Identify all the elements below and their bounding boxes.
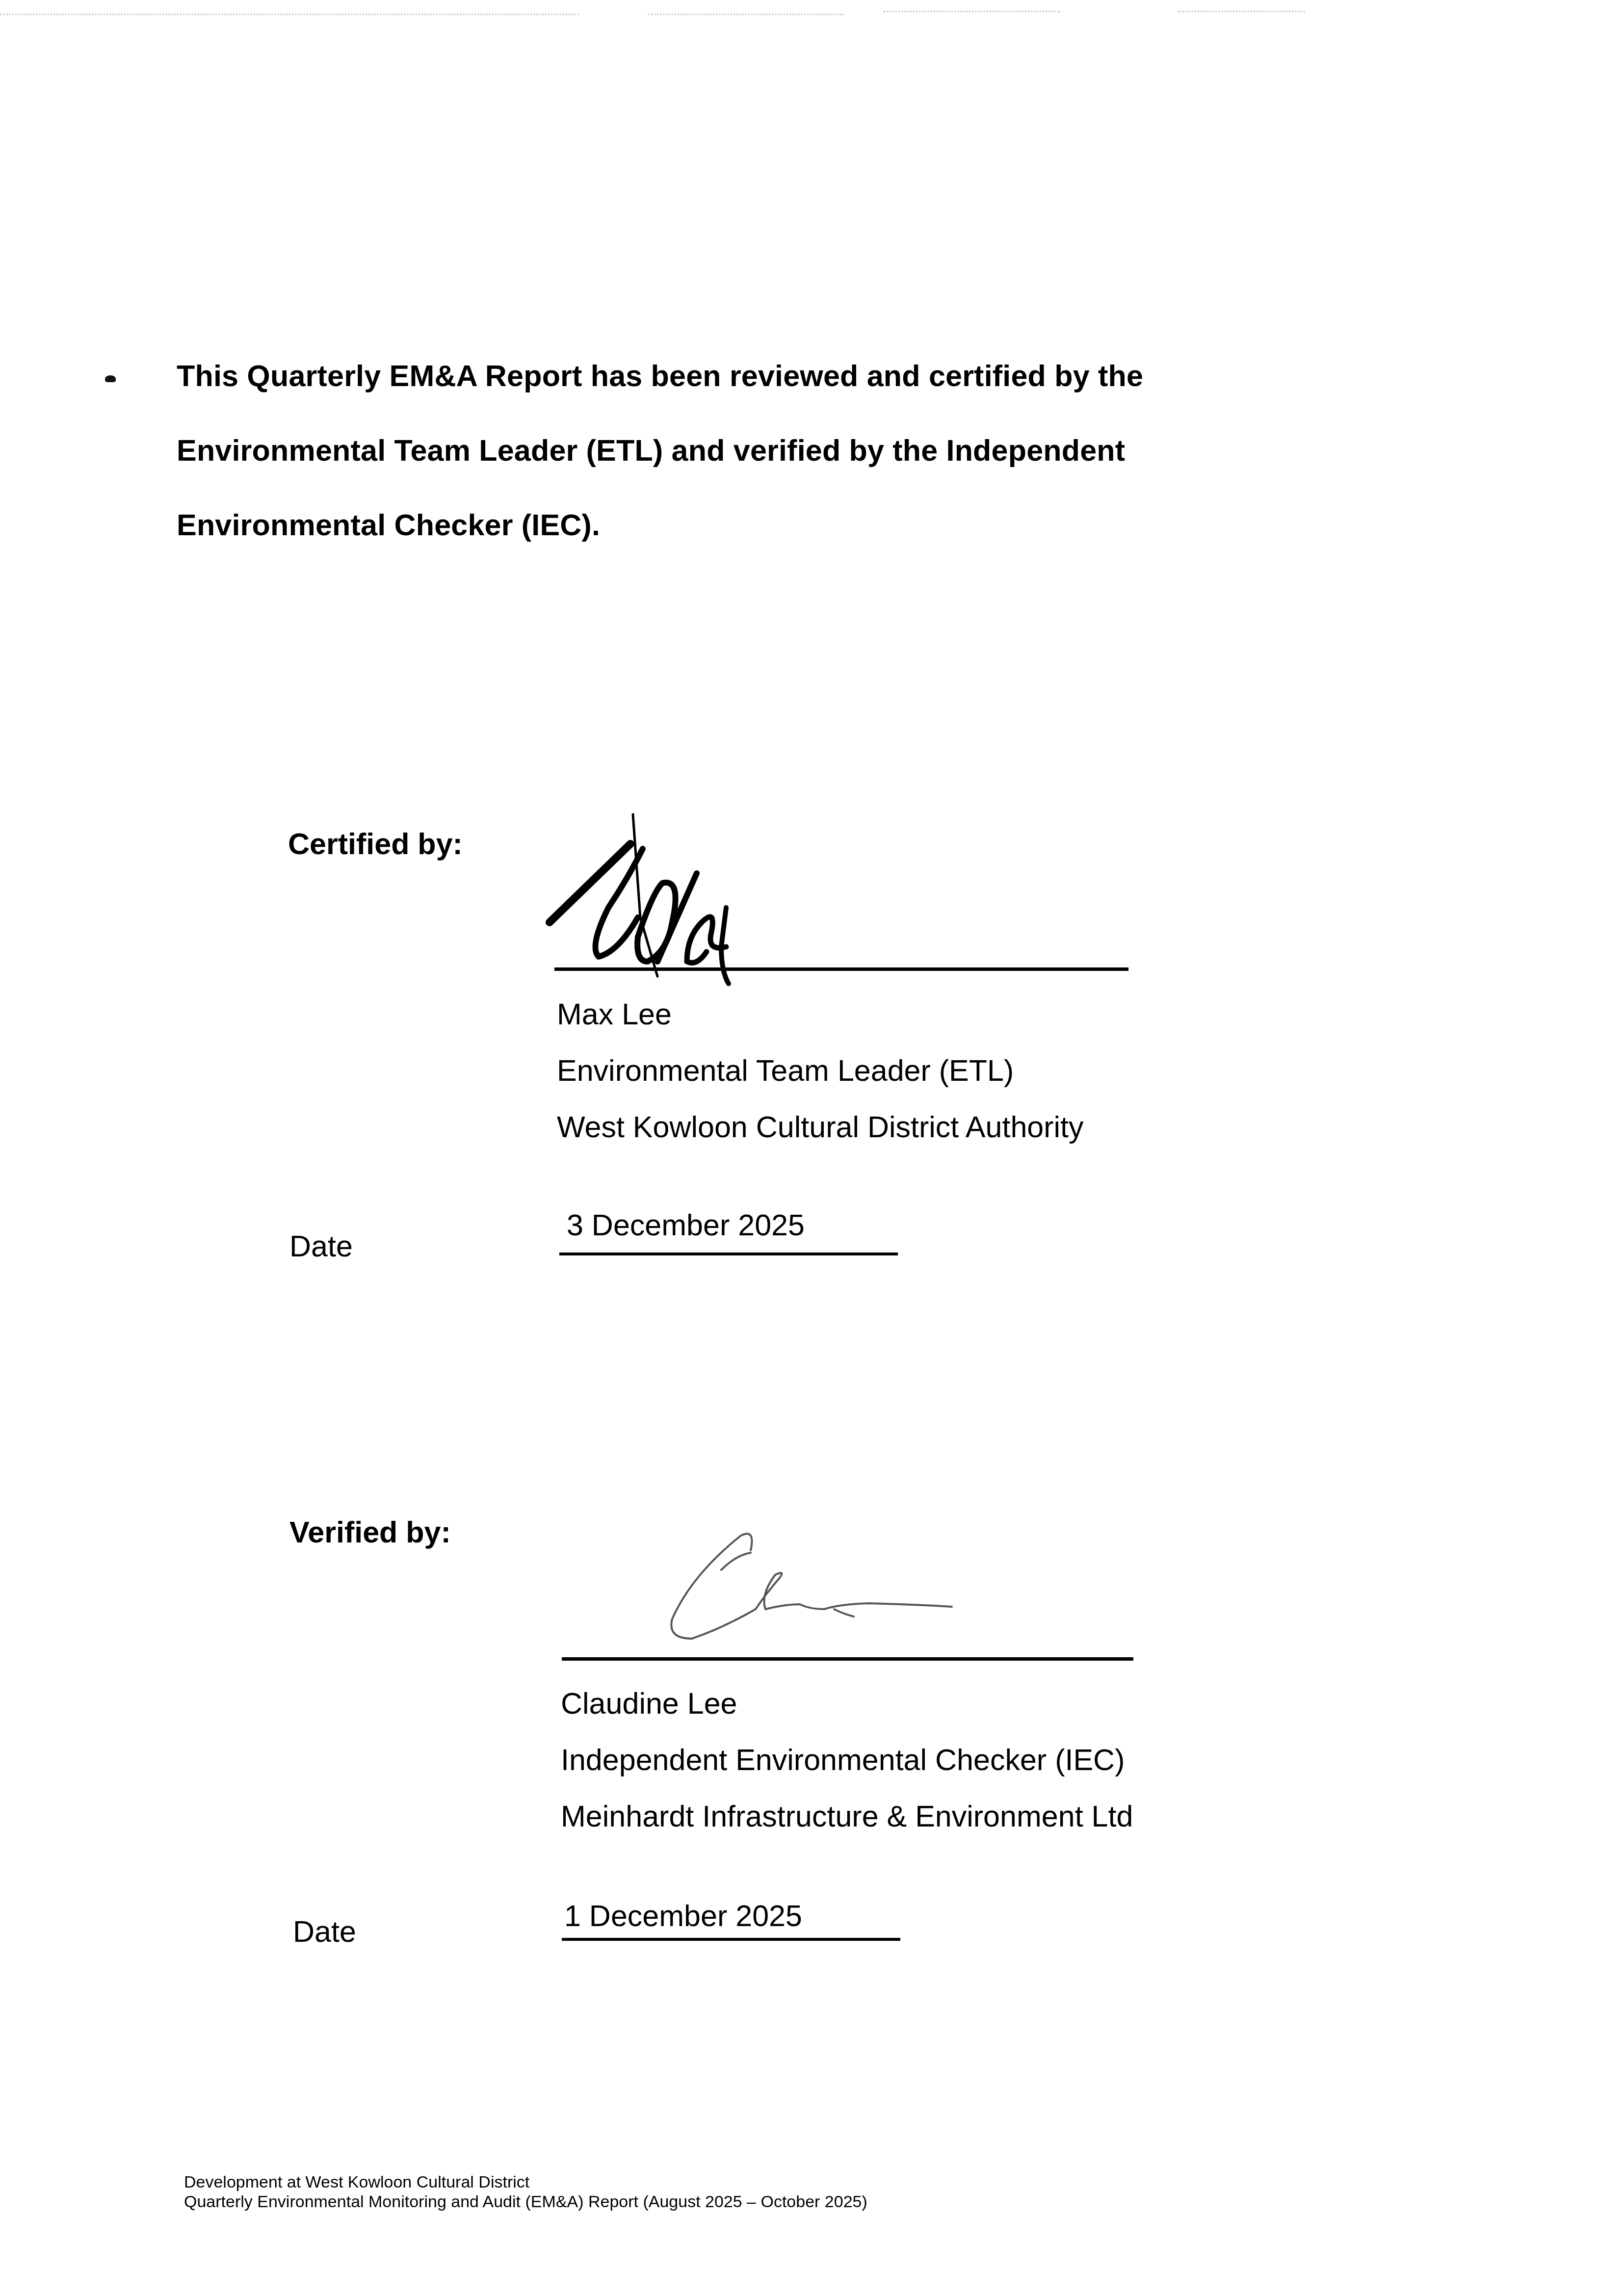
signature-line	[562, 1657, 1133, 1661]
iec-signature-icon	[638, 1516, 1070, 1653]
signatory-role: Environmental Team Leader (ETL)	[557, 1043, 1084, 1099]
date-line	[559, 1252, 898, 1255]
certification-date: 3 December 2025	[567, 1208, 805, 1242]
etl-signatory-info: Max Lee Environmental Team Leader (ETL) …	[557, 986, 1084, 1155]
signatory-role: Independent Environmental Checker (IEC)	[561, 1732, 1133, 1788]
certification-statement: This Quarterly EM&A Report has been revi…	[177, 339, 1256, 562]
date-line	[562, 1938, 900, 1941]
signatory-organization: Meinhardt Infrastructure & Environment L…	[561, 1788, 1133, 1845]
bullet-mark-icon	[105, 375, 116, 382]
date-label: Date	[293, 1914, 356, 1949]
scan-artifact	[883, 11, 1060, 14]
document-page: This Quarterly EM&A Report has been revi…	[0, 0, 1624, 2296]
scan-artifact	[0, 14, 579, 17]
scan-artifact	[648, 14, 844, 17]
etl-signature-icon	[540, 805, 814, 991]
verification-date: 1 December 2025	[564, 1899, 802, 1933]
statement-line: Environmental Checker (IEC).	[177, 488, 1256, 562]
signatory-name: Max Lee	[557, 986, 1084, 1043]
footer-report-title: Quarterly Environmental Monitoring and A…	[184, 2192, 867, 2212]
statement-line: This Quarterly EM&A Report has been revi…	[177, 339, 1256, 413]
statement-line: Environmental Team Leader (ETL) and veri…	[177, 413, 1256, 488]
signature-line	[554, 967, 1128, 971]
page-footer: Development at West Kowloon Cultural Dis…	[184, 2172, 867, 2212]
signatory-name: Claudine Lee	[561, 1675, 1133, 1732]
verified-by-label: Verified by:	[289, 1515, 451, 1549]
iec-signatory-info: Claudine Lee Independent Environmental C…	[561, 1675, 1133, 1845]
date-label: Date	[289, 1229, 353, 1263]
footer-project-title: Development at West Kowloon Cultural Dis…	[184, 2172, 867, 2192]
certified-by-label: Certified by:	[288, 827, 463, 861]
scan-artifact	[1178, 11, 1305, 14]
signatory-organization: West Kowloon Cultural District Authority	[557, 1099, 1084, 1155]
